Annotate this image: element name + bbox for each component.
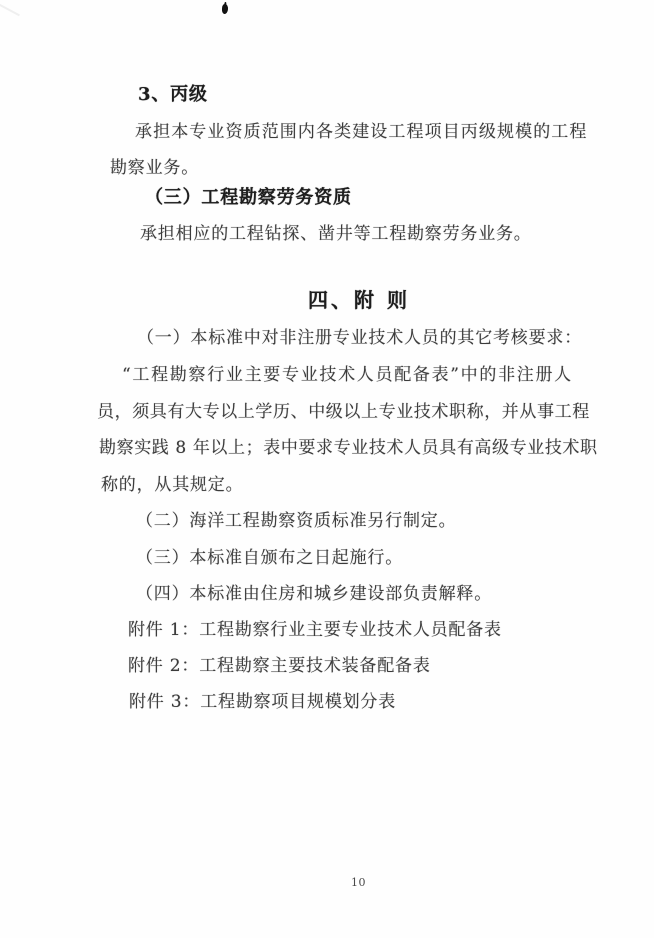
- paragraph-grade-c-line1: 承担本专业资质范围内各类建设工程项目丙级规模的工程: [135, 123, 588, 143]
- attachment-1: 附件 1：工程勘察行业主要专业技术人员配备表: [128, 621, 502, 641]
- heading-grade-c: 3、丙级: [138, 85, 208, 106]
- ink-speck: [222, 4, 229, 14]
- chapter-heading-supplementary-provisions: 四、附 则: [308, 289, 410, 312]
- scanned-document-page: 3、丙级 承担本专业资质范围内各类建设工程项目丙级规模的工程 勘察业务。 （三）…: [0, 0, 654, 938]
- paragraph-grade-c-line2: 勘察业务。: [110, 159, 199, 179]
- clause-2: （二）海洋工程勘察资质标准另行制定。: [136, 512, 456, 532]
- clause-1-body-line1: “工程勘察行业主要专业技术人员配备表”中的非注册人: [122, 366, 573, 386]
- clause-1-body-line3: 勘察实践 8 年以上；表中要求专业技术人员具有高级专业技术职: [99, 439, 598, 459]
- page-number: 10: [351, 876, 366, 889]
- attachment-3: 附件 3：工程勘察项目规模划分表: [129, 693, 396, 713]
- clause-3: （三）本标准自颁布之日起施行。: [136, 549, 403, 569]
- heading-survey-labor-qualification: （三）工程勘察劳务资质: [145, 188, 352, 209]
- clause-1-intro: （一）本标准中对非注册专业技术人员的其它考核要求：: [137, 329, 582, 349]
- clause-1-body-line4: 称的，从其规定。: [101, 476, 243, 496]
- attachment-2: 附件 2：工程勘察主要技术装备配备表: [128, 657, 431, 677]
- clause-4: （四）本标准由住房和城乡建设部负责解释。: [136, 585, 492, 605]
- scan-corner-artifact: [0, 0, 26, 16]
- clause-1-body-line2: 员，须具有大专以上学历、中级以上专业技术职称，并从事工程: [97, 403, 590, 423]
- paragraph-survey-labor: 承担相应的工程钻探、凿井等工程勘察劳务业务。: [140, 225, 532, 245]
